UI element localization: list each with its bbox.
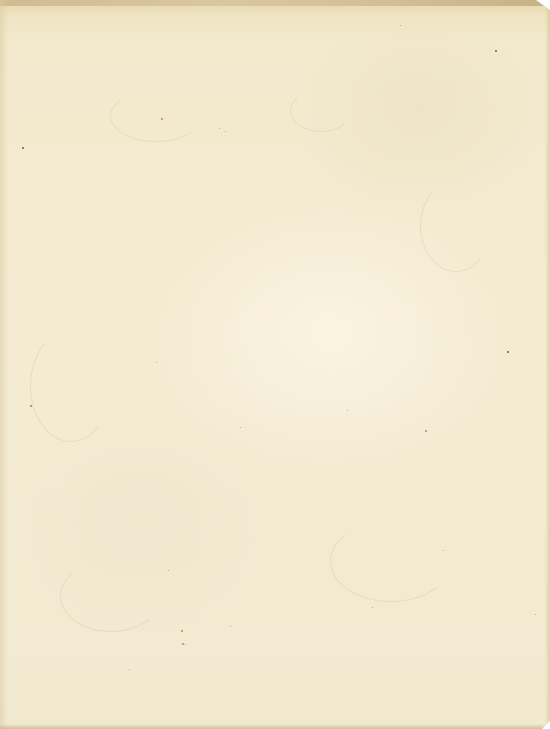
paper-right-edge	[545, 0, 550, 729]
paper-stain	[110, 90, 202, 142]
aged-paper-sheet	[0, 0, 550, 729]
paper-speck	[230, 626, 231, 627]
paper-speck	[535, 614, 536, 615]
paper-speck	[22, 147, 24, 149]
paper-speck	[372, 607, 373, 608]
paper-stain	[30, 330, 112, 442]
paper-speck	[181, 630, 183, 632]
paper-speck	[129, 669, 130, 670]
paper-speck	[347, 410, 348, 411]
paper-speck	[219, 128, 220, 129]
paper-left-edge	[0, 0, 8, 729]
paper-speck	[168, 570, 169, 571]
paper-speck	[185, 644, 186, 645]
paper-speck	[161, 118, 163, 120]
paper-speck	[443, 550, 444, 551]
paper-stain	[420, 180, 492, 272]
paper-speck	[400, 25, 401, 26]
paper-top-edge	[0, 0, 550, 6]
paper-stain	[60, 560, 162, 632]
paper-speck	[507, 351, 509, 353]
paper-speck	[182, 643, 184, 645]
paper-speck	[495, 50, 497, 52]
paper-bottom-edge	[0, 724, 550, 729]
paper-speck	[425, 430, 427, 432]
paper-speck	[225, 131, 226, 132]
paper-speck	[240, 427, 241, 428]
paper-speck	[30, 405, 32, 407]
paper-stain	[330, 520, 452, 602]
paper-speck	[156, 362, 157, 363]
paper-stain	[290, 90, 352, 132]
